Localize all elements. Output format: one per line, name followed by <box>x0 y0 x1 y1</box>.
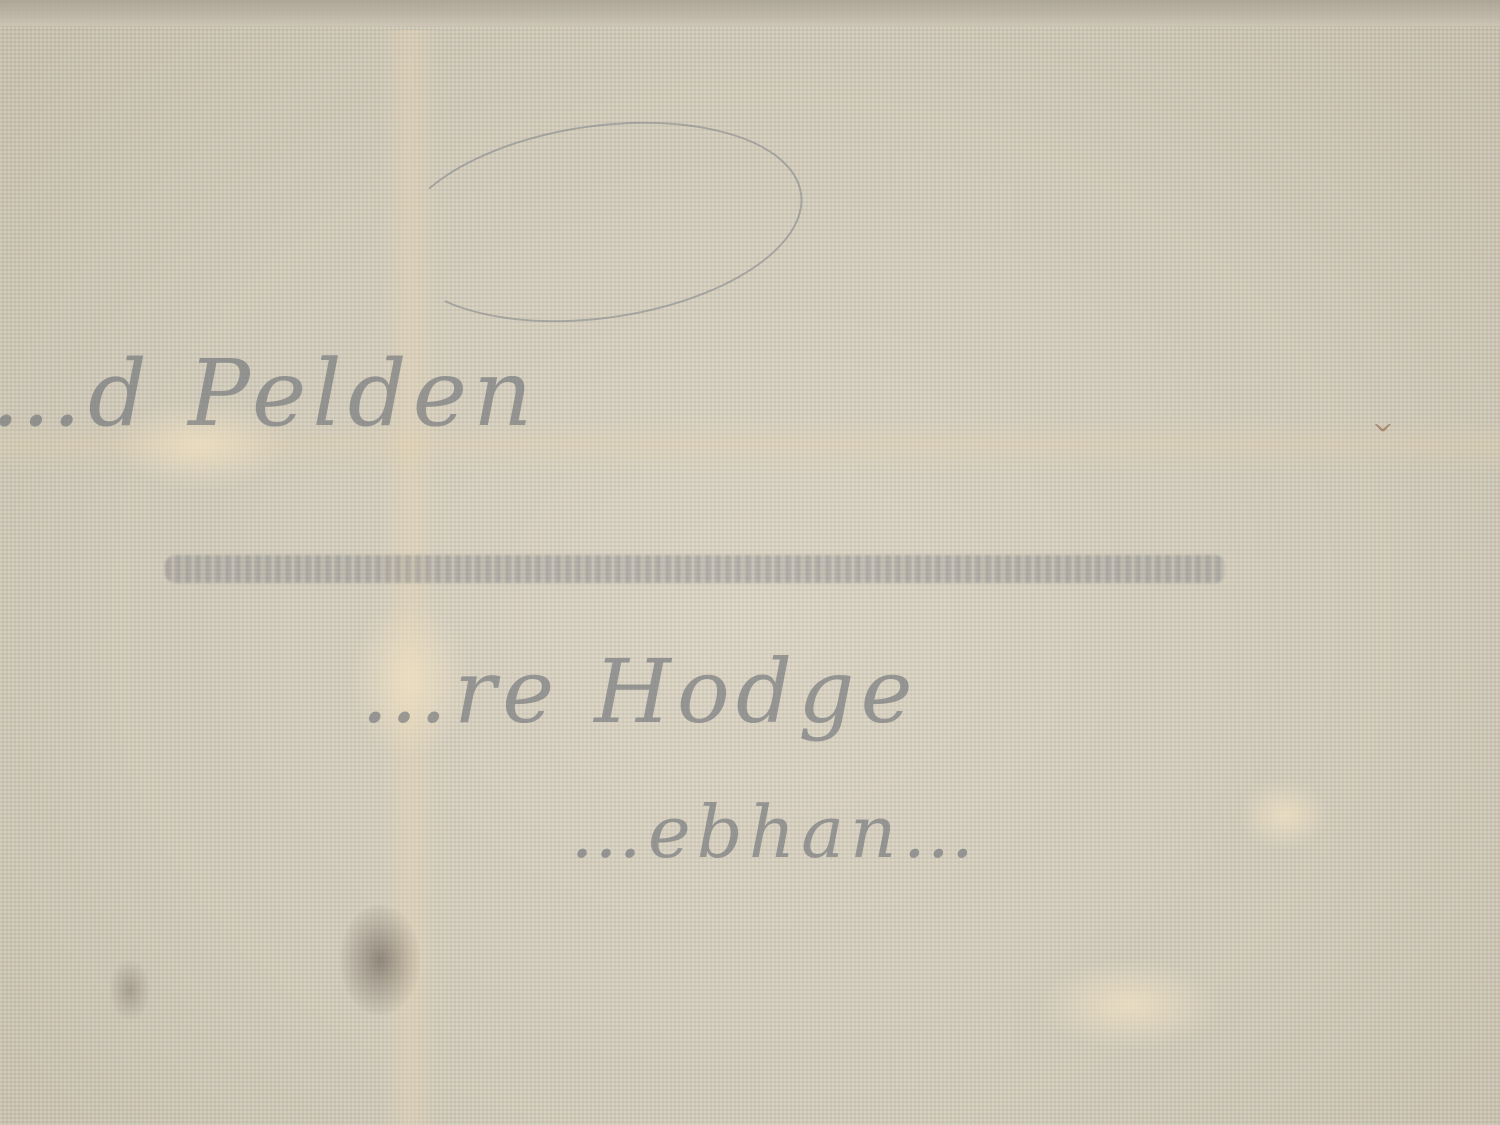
inscription-line-1: …d Pelden <box>0 340 538 447</box>
inscription-line-4: …ebhan… <box>570 790 980 874</box>
inscription-line-3: …re Hodge <box>360 640 919 743</box>
dark-stain <box>340 905 420 1015</box>
stretcher-top-edge <box>0 0 1500 26</box>
light-patch <box>1240 780 1330 850</box>
dark-stain <box>110 960 150 1020</box>
light-patch <box>1040 960 1220 1050</box>
small-mark: ^ <box>1372 405 1394 435</box>
inscription-line-2-struck <box>165 555 1225 583</box>
